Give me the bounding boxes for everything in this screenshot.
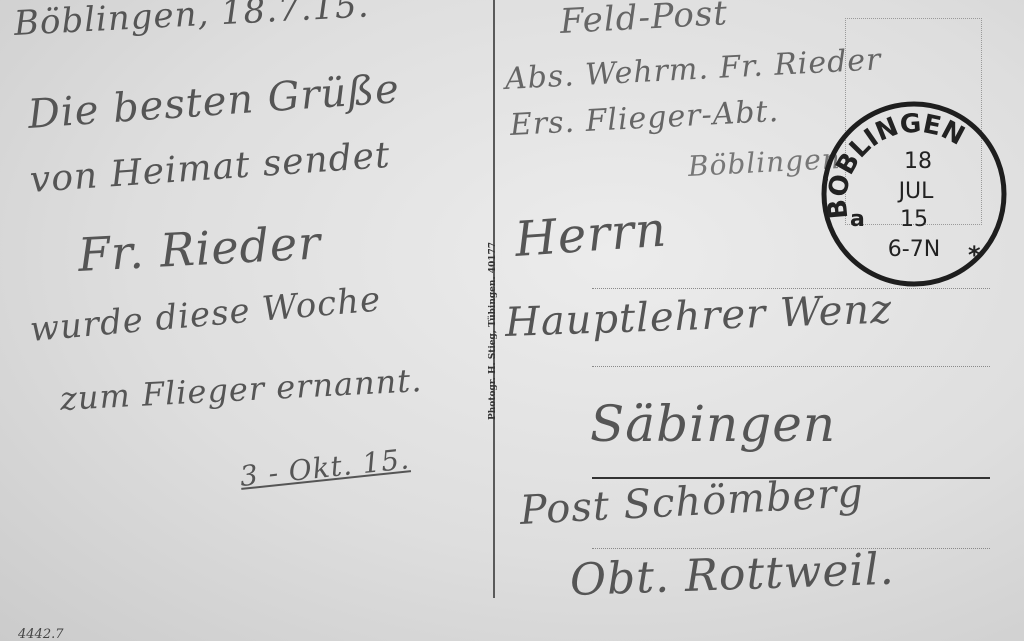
postmark-star: * — [968, 241, 981, 269]
signature-date: 3 - Okt. 15. — [238, 442, 411, 493]
postmark-day: 18 — [904, 149, 932, 174]
postmark-stamp: BÖBLINGEN a 18 JUL 15 6-7N * — [818, 98, 1010, 290]
message-line-3: Fr. Rieder — [77, 215, 323, 282]
postmark-month: JUL — [897, 179, 935, 204]
message-line-1: Die besten Grüße — [26, 66, 401, 138]
feldpost-label: Feld-Post — [559, 0, 729, 42]
postmark-town: BÖBLINGEN — [820, 109, 969, 221]
address-salutation: Herrn — [513, 201, 669, 267]
postmark-letter: a — [850, 207, 865, 232]
address-post: Post Schömberg — [519, 470, 865, 534]
message-line-2: von Heimat sendet — [29, 135, 392, 201]
postcard: Böblingen, 18.7.15. Die besten Grüße von… — [0, 0, 1024, 641]
place-date: Böblingen, 18.7.15. — [13, 0, 370, 44]
postmark-year: 15 — [900, 207, 928, 232]
sender-line-1: Abs. Wehrm. Fr. Rieder — [504, 42, 882, 97]
message-line-5: zum Flieger ernannt. — [59, 361, 423, 418]
postmark-time: 6-7N — [888, 237, 940, 262]
photographer-imprint: Photogr. H. Stieg, Tübingen. 40177 — [488, 242, 498, 420]
archive-number: 4442.7 — [18, 627, 64, 641]
sender-line-2: Ers. Flieger-Abt. — [509, 94, 780, 143]
address-town: Säbingen — [590, 395, 836, 453]
address-district: Obt. Rottweil. — [569, 544, 895, 606]
address-name: Hauptlehrer Wenz — [504, 286, 893, 345]
message-line-4: wurde diese Woche — [28, 279, 382, 350]
address-line-2 — [592, 366, 990, 367]
